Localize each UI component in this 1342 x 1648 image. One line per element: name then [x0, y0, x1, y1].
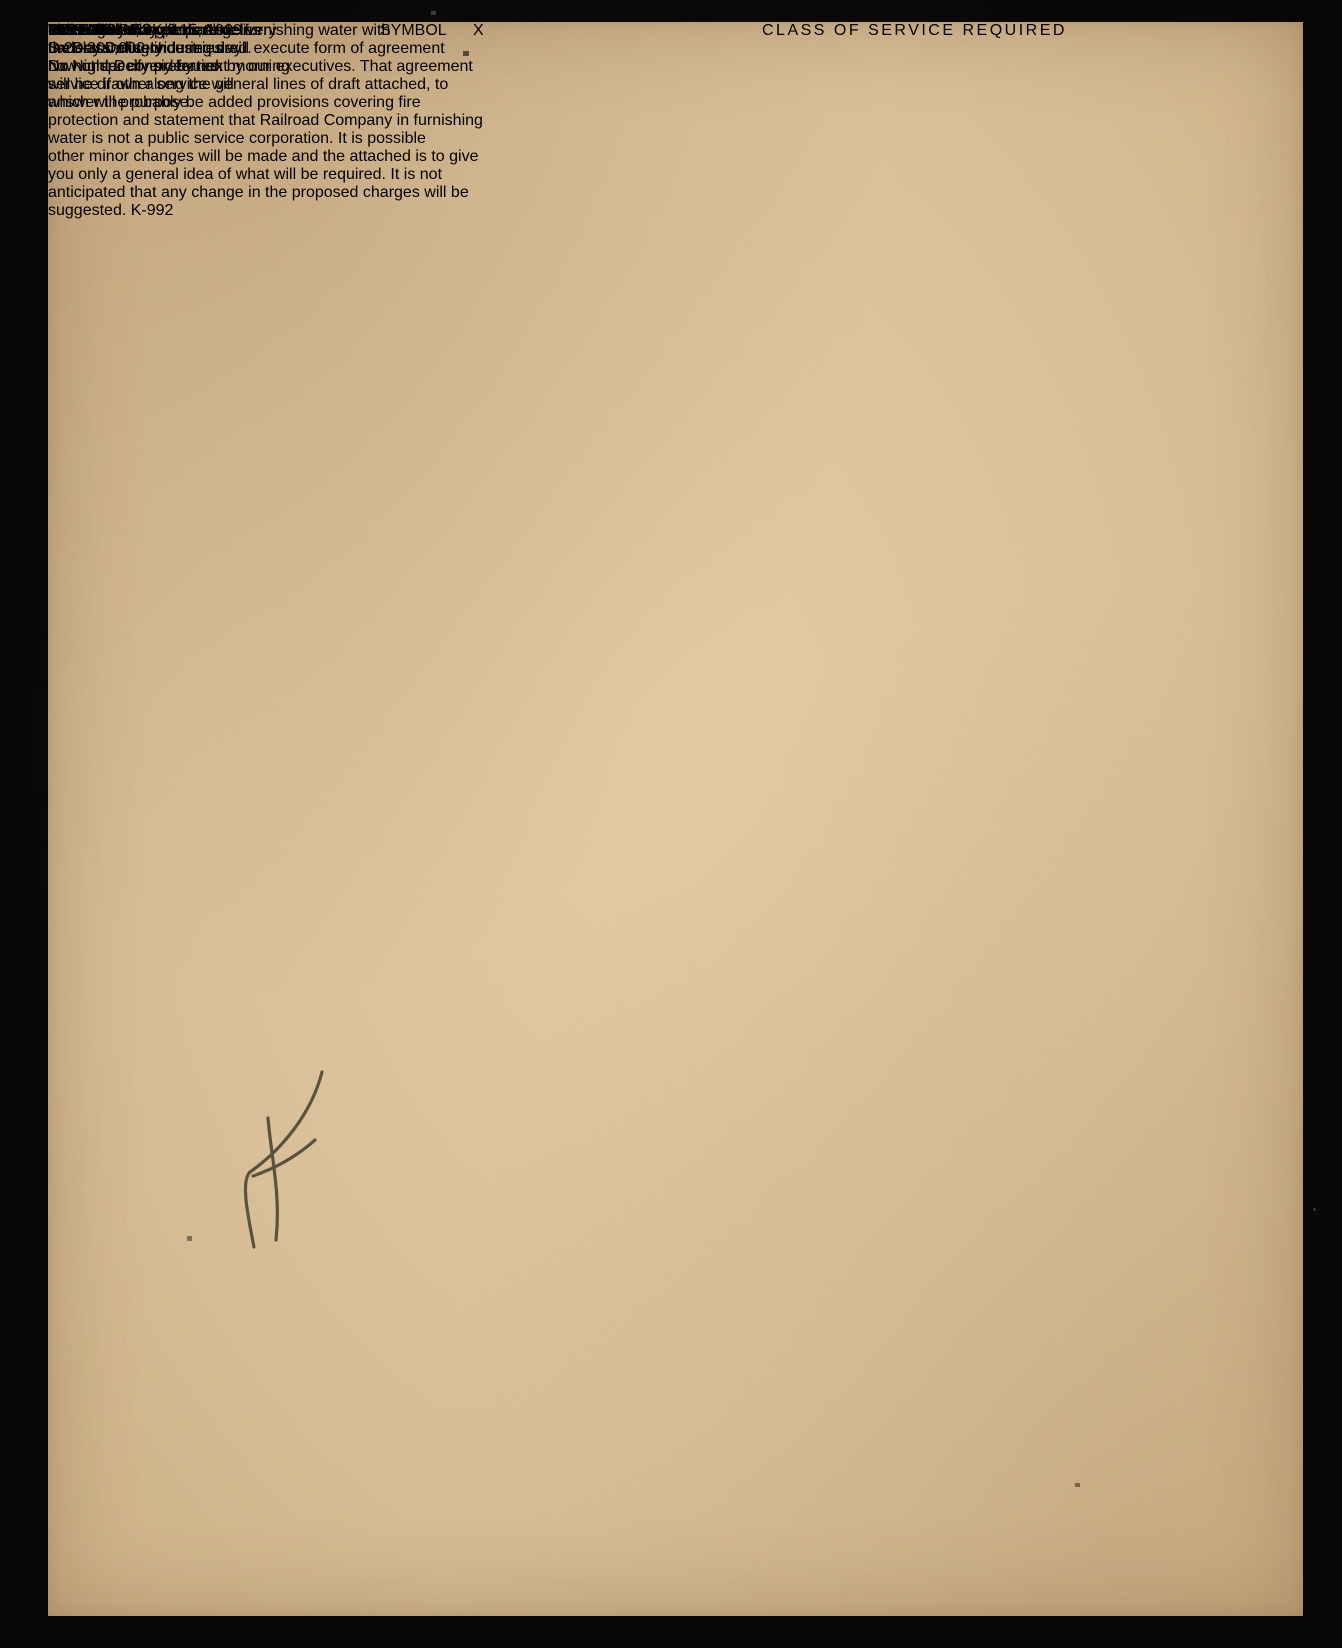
message-line: you only a general idea of what will be …: [48, 166, 483, 184]
message-line: understanding industries will execute fo…: [48, 40, 483, 58]
dust-speck: [1313, 1208, 1316, 1211]
telegram-paper: Form 2191 B 9215-355 C.S. S-28-300,000-U…: [48, 22, 1303, 1616]
message-line: will he drawn along the general lines of…: [48, 76, 483, 94]
message-line: water is not a public service corporatio…: [48, 130, 483, 148]
message-line: protection and statement that Railroad C…: [48, 112, 483, 130]
message-line: which will probably be added provisions …: [48, 94, 483, 112]
dust-speck: [431, 11, 436, 15]
return-desk-stamp: RETURN DESK 9: [48, 22, 176, 40]
message-body: D-561 You may commence furnishing water …: [48, 22, 483, 220]
message-line: now under consideration by our executive…: [48, 58, 483, 76]
message-line: other minor changes will be made and the…: [48, 148, 483, 166]
paper-speck: [463, 51, 469, 56]
paper-speck: [187, 1236, 192, 1241]
scanned-telegram-page: Form 2191 B 9215-355 C.S. S-28-300,000-U…: [0, 0, 1342, 1648]
col-header-class: CLASS OF SERVICE REQUIRED: [762, 22, 1067, 40]
paper-speck: [1075, 1483, 1080, 1487]
message-line: suggested. K-992: [48, 202, 483, 220]
message-line: anticipated that any change in the propo…: [48, 184, 483, 202]
paper-speck: [70, 156, 74, 160]
